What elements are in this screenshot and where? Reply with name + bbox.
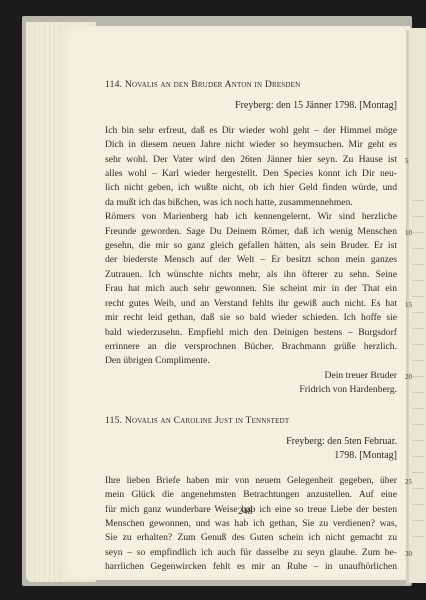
text-line: Den übrigen Complimente. [105, 354, 397, 368]
text-line: lich nicht geben, ich wußte nicht, ob ic… [105, 181, 397, 195]
text-line: Dich in diesem neuen Jahre nicht wieder … [105, 138, 397, 152]
facing-page-text-shadow [412, 392, 424, 393]
text-line: gesehn, die mir so ganz gleich gefallen … [105, 239, 397, 253]
facing-page-text-shadow [412, 456, 424, 457]
facing-page-text-shadow [412, 424, 424, 425]
facing-page-text-shadow [412, 248, 424, 249]
facing-page-text-shadow [412, 312, 424, 313]
line-text: der biederste Mensch auf der Welt – Er b… [105, 254, 397, 265]
line-number: 30 [405, 547, 412, 561]
facing-page-text-shadow [412, 200, 424, 201]
facing-page-text-shadow [412, 328, 424, 329]
text-line: Freunde geworden. Sage Du Deinem Römer, … [105, 225, 397, 239]
line-number: 15 [405, 298, 412, 312]
facing-page-text-shadow [412, 216, 424, 217]
line-text: Dein treuer Bruder [325, 370, 397, 381]
section-gap [105, 398, 397, 414]
line-number: 25 [405, 475, 412, 489]
line-text: Römers von Marienberg hab ich kennengele… [105, 211, 397, 222]
facing-page-text-shadow [412, 296, 424, 297]
text-line: alles wohl – Karl wieder hergestellt. De… [105, 167, 397, 181]
line-text: bald wiederzusehn. Empfiehl mich den Dei… [105, 327, 397, 338]
text-line: errinnere an die versprochnen Bücher. Br… [105, 340, 397, 354]
line-text: Freunde geworden. Sage Du Deinem Römer, … [105, 226, 397, 237]
letter-114: 114. Novalis an den Bruder Anton in Dres… [105, 78, 397, 398]
facing-page-text-shadow [412, 344, 424, 345]
text-line: Dein treuer Bruder20 [105, 369, 397, 383]
text-line: Sie zu erhalten? Zum Genuß des Guten sch… [105, 531, 397, 545]
line-text: Fridrich von Hardenberg. [299, 384, 397, 395]
facing-page-text-shadow [412, 264, 424, 265]
text-line: harrlichen Gegenwircken fehlt es mir an … [105, 560, 397, 574]
letter-heading: 114. Novalis an den Bruder Anton in Dres… [105, 78, 397, 92]
line-text: Frau hat mich auch sehr gewonnen. Sie sc… [105, 283, 397, 294]
facing-page-text-shadow [412, 376, 424, 377]
letter-dateline: Freyberg: den 15 Jänner 1798. [Montag] [105, 99, 397, 113]
line-text: harrlichen Gegenwircken fehlt es mir an … [105, 561, 397, 572]
line-text: errinnere an die versprochnen Bücher. Br… [105, 341, 397, 352]
facing-page-text-shadow [412, 280, 424, 281]
line-text: Ihre lieben Briefe haben mir von neuem G… [105, 475, 397, 486]
text-line: mein Glück die angenehmsten Betrachtunge… [105, 488, 397, 502]
facing-page-text-shadow [412, 504, 424, 505]
text-line: der biederste Mensch auf der Welt – Er b… [105, 253, 397, 267]
letter-heading: 115. Novalis an Caroline Just in Tennste… [105, 414, 397, 428]
line-text: mir recht leid gethan, daß sie so bald w… [105, 312, 397, 323]
line-text: gesehn, die mir so ganz gleich gefallen … [105, 240, 397, 251]
line-text: recht gutes Weib, und an Verstand fehlts… [105, 298, 397, 309]
line-text: mein Glück die angenehmsten Betrachtunge… [105, 489, 397, 500]
letter-body: Ihre lieben Briefe haben mir von neuem G… [105, 474, 397, 575]
letter-closing: Dein treuer Bruder20Fridrich von Hardenb… [105, 369, 397, 398]
line-text: Dich in diesem neuen Jahre nicht wieder … [105, 139, 397, 150]
page-content: 114. Novalis an den Bruder Anton in Dres… [105, 78, 397, 575]
text-line: mir recht leid gethan, daß sie so bald w… [105, 311, 397, 325]
letter-115: 115. Novalis an Caroline Just in Tennste… [105, 414, 397, 575]
text-line: sehr wohl. Der Vater wird den 26ten Jänn… [105, 153, 397, 167]
text-line: Ich bin sehr erfreut, daß es Dir wieder … [105, 124, 397, 138]
text-line: bald wiederzusehn. Empfiehl mich den Dei… [105, 326, 397, 340]
line-number: 20 [405, 370, 412, 384]
facing-page-text-shadow [412, 488, 424, 489]
page-number: 248 [238, 506, 252, 517]
line-text: Den übrigen Complimente. [105, 355, 210, 366]
facing-page-text-shadow [412, 472, 424, 473]
line-number: 10 [405, 226, 412, 240]
text-line: Menschen gewonnen, und was hab ich getha… [105, 517, 397, 531]
text-line: da mußt ich das bißchen, was ich noch ha… [105, 196, 397, 210]
text-line: Ihre lieben Briefe haben mir von neuem G… [105, 474, 397, 488]
text-line: seyn – so empfindlich ich auch für dasse… [105, 546, 397, 560]
line-text: Menschen gewonnen, und was hab ich getha… [105, 518, 397, 529]
letter-dateline-year: 1798. [Montag] [105, 449, 397, 463]
text-line: Fridrich von Hardenberg. [105, 383, 397, 397]
letter-dateline: Freyberg: den 5ten Februar. [105, 435, 397, 449]
facing-page-text-shadow [412, 232, 424, 233]
facing-page-text-shadow [412, 440, 424, 441]
line-text: da mußt ich das bißchen, was ich noch ha… [105, 197, 353, 208]
text-line: Römers von Marienberg hab ich kennengele… [105, 210, 397, 224]
line-text: alles wohl – Karl wieder hergestellt. De… [105, 168, 397, 179]
facing-page-text-shadow [412, 360, 424, 361]
line-text: Sie zu erhalten? Zum Genuß des Guten sch… [105, 532, 397, 543]
facing-page-text-shadow [412, 536, 424, 537]
facing-page-text-shadow [412, 520, 424, 521]
line-text: seyn – so empfindlich ich auch für dasse… [105, 547, 397, 558]
line-text: lich nicht geben, ich wußte nicht, ob ic… [105, 182, 397, 193]
letter-body: Ich bin sehr erfreut, daß es Dir wieder … [105, 124, 397, 369]
line-text: Ich bin sehr erfreut, daß es Dir wieder … [105, 125, 397, 136]
line-text: Zutrauen. Ich wünschte nichts mehr, als … [105, 269, 397, 280]
line-number: 5 [405, 154, 409, 168]
text-line: Zutrauen. Ich wünschte nichts mehr, als … [105, 268, 397, 282]
facing-page-text-shadow [412, 408, 424, 409]
text-line: recht gutes Weib, und an Verstand fehlts… [105, 297, 397, 311]
text-line: Frau hat mich auch sehr gewonnen. Sie sc… [105, 282, 397, 296]
line-text: sehr wohl. Der Vater wird den 26ten Jänn… [105, 154, 397, 165]
